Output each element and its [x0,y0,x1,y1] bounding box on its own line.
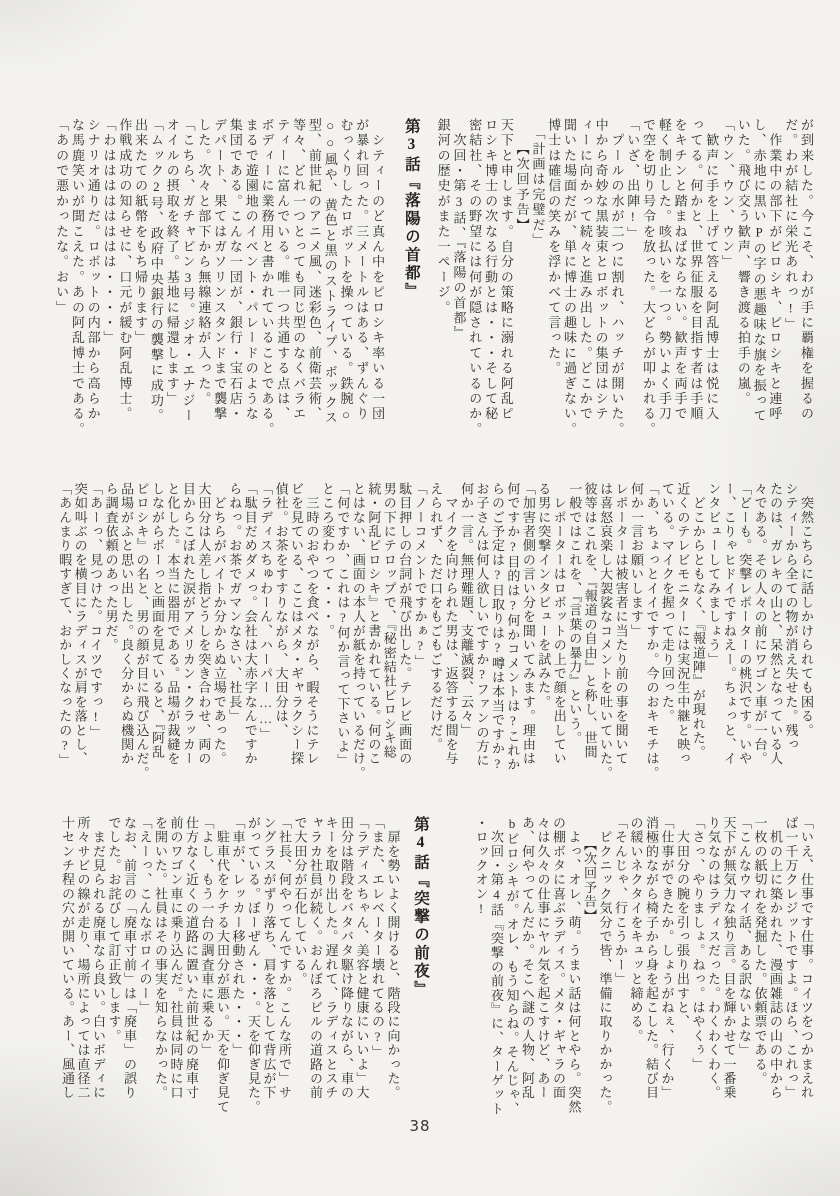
text-line: を開いた。社員はその事実を知らなかった。 [153,816,169,1118]
text-line: した。次々と部下から無線連絡が入った。 [196,118,212,456]
text-line: の棚ボタに喜ぶラディス。メタ・ギャラの面 [551,816,567,1118]
text-line: 「えーっ、こんなボロイのー」 [137,816,153,1118]
text-line: ンタビューしてみましょう」 [706,482,721,784]
text-line: でした。お詫びして訂正致します。 [106,816,122,1118]
text-line: 「どーも。突撃レポーターの桃沢です。いや [737,482,752,784]
text-line: の緩いネクタイをキュッと締める。 [628,816,644,1118]
text-line: 「よし、もう一台の調査車に乗るか」 [199,816,215,1118]
text-line: ところ変わって・・・。 [320,482,335,784]
text-line: 男の下にテロップで、『秘密結社ピロシキ総 [381,482,396,784]
page-number: 38 [0,1117,840,1135]
text-line: マイクを向けられた男は、返答する間を与 [443,482,458,784]
text-line: 突然こちらに話しかけられても困る。 [799,482,814,784]
text-line: 何か一言お願いします」 [629,482,644,784]
text-line: ティーに富んでいる。唯一つ共通する点は、 [275,118,291,456]
text-line: プールの水が二つに割れ、ハッチが開いた。 [609,118,625,456]
text-line: は喜怒哀楽し大袈裟なコメントを吐いていた。 [598,482,613,784]
text-line: ボディーに業務用と書かれていることである。 [259,118,275,456]
text-line: ている。マイクを握って走り回った。 [659,482,674,784]
text-line: お子さんは何人欲しいですか?ファンの方に [474,482,489,784]
text-line: 天下と申します。自分の策略に溺れる阿乱ピ [498,118,514,456]
text-line: よっ、オレ、萌。うまい話は何とやら。突然 [566,816,582,1118]
text-line: し、赤地に黒いPの字の悪趣味な旗を振って [751,118,767,456]
text-line: と化した。本当に器用である。品場が裁縫を [165,482,180,784]
text-line: らのご予定は?日取りは?噂は本当ですか? [489,482,504,784]
text-line: 大田分の腕を引っ張り出すと、 [675,816,691,1118]
text-line: 統・阿乱ピロシキ』と書かれている。何のこ [366,482,381,784]
text-line: で大田分が石化している。 [292,816,308,1118]
text-line: 中から奇妙な黒装束とロボットの集団はシテ [593,118,609,456]
chapter-heading-episode-3: 第3話『落陽の首都』 [403,118,419,456]
text-line: 「何ですか、これは?何か言って下さいよ」 [335,482,350,784]
text-line: 「あので悪かったな。おい」 [53,118,69,456]
text-line: 彼等はこれを、『報道の自由』と称し、世間 [582,482,597,784]
text-line: 「あーっ、見つけた。コイツですっ!」 [88,482,103,784]
text-line: ら調査依頼のあった男だ。 [103,482,118,784]
text-line: り気なのはラディスだった。わくわくわく。 [706,816,722,1118]
story-section-middle: 突然こちらに話しかけられても困る。シティーから全ての物が消え失せた。残ったのは、… [57,482,814,784]
text-line: レポーターは被害者に当たり前の事を聞いて [613,482,628,784]
text-line: る男に突撃インタビューを試みた。 [536,482,551,784]
text-line: がっている。ぼーぜん・・・。天を仰ぎ見た。 [246,816,262,1118]
text-line: 前のワゴン車に乗り込んだ。社員は同時に口 [168,816,184,1118]
text-line: 「こんなウマイ話、ある訳ないよな」 [737,816,753,1118]
text-line: 駐車代をケチる大田分が悪い。天を仰ぎ見て [215,816,231,1118]
text-line: 「ラディスちゃん、美容と健康にいいよ」大 [354,816,370,1118]
text-line: 仕方なく近くの道路に置いた前世紀の廃車寸 [184,816,200,1118]
chapter-heading-episode-4: 第4話『突撃の前夜』 [413,816,429,1118]
text-line: 「仕事ができたか。しょうがねぇ、行くか」 [659,816,675,1118]
text-line: が到来した。今こそ、わが手に覇権を握るの [798,118,814,456]
text-line: 駄目押しの台詞が飛び出した。テレビ画面の [397,482,412,784]
text-line: らねっ。お茶でガマンなさい、社長」 [227,482,242,784]
text-line: むっくりしたロボットを操っている。鉄腕○ [338,118,354,456]
text-line: 密結社、その野望には何が隠されているのか。 [466,118,482,456]
text-line: 「駄目だめダメっ。会社は大赤字なんですか [242,482,257,784]
text-line: をキチンと踏まねばならない。歓声を両手で [672,118,688,456]
text-line: 十センチ程の穴が開いている。あー、風通し [60,816,76,1118]
text-line: 次回・第3話、『落陽の首都』 [451,118,467,456]
text-line: どちらがバイトか分からぬ立場であった。 [211,482,226,784]
text-line: で空を切り号令を放った。大どらが叩かれる。 [640,118,656,456]
text-line: 三時のおやつを食べながら、暇そうにテレ [304,482,319,784]
text-line: 「車が、レッカー移動された・・・」 [230,816,246,1118]
text-line: 集団である。こんな一団が、銀行・宝石店・ [227,118,243,456]
text-line: ャラカ社員が続く。おんぼろビルの道路の前 [308,816,324,1118]
text-line: 銀河の歴史がまた一ページ。 [435,118,451,456]
text-line: 「あ、ちょっとイイですか。今のおキモチは。 [644,482,659,784]
text-line: 「いざ、出陣!」 [624,118,640,456]
text-line: 一枚の紙切れを発掘した。依頼票である。 [752,816,768,1118]
text-line: 々である。その人々の前にワゴン車が一台。 [752,482,767,784]
text-line: 出来たての紙幣をもち帰ります」 [132,118,148,456]
text-line: 「わはははははははは・・・・」 [101,118,117,456]
text-line: 品場がふと思い出した。良く分からぬ機関か [119,482,134,784]
text-line: 等々、どれ一つとっても同じ型のなくバラエ [290,118,306,456]
text-line: シティーから全ての物が消え失せた。残っ [783,482,798,784]
text-line: 所々サビの線が走り、場所によっては直径二 [75,816,91,1118]
story-section-bottom: 「いえ、仕事です仕事。コイツをつかまえれば一千万クレジットですよ。ほら、これっ」… [60,816,815,1118]
text-line: 近くのテレビモニターには実況生中継と映っ [675,482,690,784]
text-line: 扉を勢いよく開けると、階段に向かった。 [385,816,401,1118]
text-line: ○○風や、黄色と黒のストライプ、ボックス [322,118,338,456]
text-line: 聞いた場面だが、単に博士の趣味に過ぎない。 [561,118,577,456]
text-line: ビを見ている、ここはメタ・ギャラクシー探 [289,482,304,784]
text-line: ー、こりゃヒドイですねえー。ちょっと、イ [721,482,736,784]
text-line: 博士は確信の笑みを浮かべて言った。 [545,118,561,456]
text-line: えられず、ただ口をもごもごするだけだ。 [428,482,443,784]
text-line: 「計画は完璧だ」 [530,118,546,456]
text-line: 々は久々の仕事にヤル気を起こすけど、あー [535,816,551,1118]
text-line: 「こちら、ガチャピン3号。ジオ・エナジー [180,118,196,456]
text-line: レポーターはロボットの上で顔を出してい [551,482,566,784]
text-line: いた。飛び交う歓声、響き渡る拍手の嵐。 [735,118,751,456]
text-line: しながらボーっと画面を見ていると、『阿乱 [150,482,165,784]
story-section-top: が到来した。今こそ、わが手に覇権を握るのだ。わが結社に栄光あれっ!」 作業中の部… [53,118,814,456]
text-line: 一般ではこれを、『言葉の暴力』という。 [567,482,582,784]
text-line: 【次回予告】 [582,816,598,1118]
text-line: オイルの摂取を終了。基地に帰還します」 [164,118,180,456]
text-line: 「加害者側の言い分を聞いてみます。理由は [520,482,535,784]
text-line: 田分は階段をバタバタ駆け降りながら、車の [339,816,355,1118]
text-line: ィーに向かって続々と進み出した。どこかで [577,118,593,456]
text-line: 消極的ながら椅子から身を起こした。結び目 [644,816,660,1118]
text-line: 机の上に築かれた、漫画雑誌の山の中から [768,816,784,1118]
text-line: 大田分は人差し指どうしを突き合わせ、両の [196,482,211,784]
text-line: 軽く制止した。咳払いを一つ。勢いよく手刀 [656,118,672,456]
text-line: ロシキ博士の次なる行動とは・・・そして秘 [482,118,498,456]
text-line: 「さっ、やりましょ。ねっ。はやくぅ」 [690,816,706,1118]
text-line: 「ウン、ウン、ウン」 [719,118,735,456]
text-line: キーを取り出した。遅れて、ラディスとスチ [323,816,339,1118]
text-line: 「また、エレベーター壊れてるの?」 [370,816,386,1118]
text-line: シティーのど真ん中をピロシキ率いる一団 [369,118,385,456]
text-line: 作業中の部下がピロシキ、ピロシキと連呼 [767,118,783,456]
text-line: とはない、画面の本人が紙を持っているだけ。 [350,482,365,784]
text-line: だ。わが結社に栄光あれっ!」 [782,118,798,456]
text-line: なお、前言の「廃車寸前」は「廃車」の誤り [122,816,138,1118]
text-line: まるで遊園地のイベント・パレードのような [243,118,259,456]
text-line: ば一千万クレジットですよ。ほら、これっ」 [783,816,799,1118]
text-line: が暴れ回った。三メートルはある、ずんぐり [353,118,369,456]
text-line: デパート、果てはガソリンスタンドまで襲撃 [211,118,227,456]
text-line: 「ムック2号、政府中央銀行の襲撃に成功。 [148,118,164,456]
text-line: ってる。何かと、世界征服を目指す者は手順 [688,118,704,456]
text-line: 目からこぼれた涙がアメリカン・クラッカー [180,482,195,784]
text-line: 「そんじゃ、行こうかー」 [613,816,629,1118]
text-line: 「ラディスちゅわーん、ハーパー……」 [258,482,273,784]
text-line: 「社長、何やってんですか。こんな所で」サ [277,816,293,1118]
text-line: ピクニック気分で皆、準備に取りかかった。 [597,816,613,1118]
text-line: ングラスがずり落ち、肩を落として背広が下 [261,816,277,1118]
text-line: 次回・第4話『突撃の前夜』に、ターゲット [489,816,505,1118]
text-line: 何ですか?目的は?何かコメントは?これか [505,482,520,784]
text-line: bピロシキが。オレ、もう知らね。そんじゃ、 [504,816,520,1118]
text-line: 【次回予告】 [514,118,530,456]
text-line: 歓声に手を上げて答える阿乱博士は悦に入 [703,118,719,456]
text-line: 「いえ、仕事です仕事。コイツをつかまえれ [799,816,815,1118]
text-line: 天下が無気力な独り言。目を輝かせて一番乗 [721,816,737,1118]
text-line: たのは、ガレキの山と、呆然となっている人 [768,482,783,784]
text-line: 型、前世紀のアニメ風、迷彩色、前衛芸術、 [306,118,322,456]
text-line: 何か一言。無理難題、支離滅裂、云々」 [459,482,474,784]
text-line: ピロシキ』の名と、男の顔が目に飛び込んだ。 [134,482,149,784]
text-line: シナリオ通りだ。ロボットの内部から高らか [85,118,101,456]
text-line: 突如叫ぶのを横目にラディスが肩を落とし、 [72,482,87,784]
text-line: ・ロックオン! [473,816,489,1118]
text-line: 偵社。お茶をすすりながら、大田分は、 [273,482,288,784]
text-line: 「ノーコメントですかぁ?」 [412,482,427,784]
text-line: 「あんまり暇すぎて、おかしくなったの?」 [57,482,72,784]
text-line: な馬鹿笑いが聞こえた。あの阿乱博士である。 [69,118,85,456]
text-line: あ、何やってんだか。そこへ謎の人物、阿乱 [520,816,536,1118]
text-line: どこからともなく、『報道陣』が現れた。 [690,482,705,784]
text-line: 作戦成功の知らせに、口元が緩む阿乱博士。 [117,118,133,456]
text-line: まだ見られる廃車なら良い。白いボディに [91,816,107,1118]
